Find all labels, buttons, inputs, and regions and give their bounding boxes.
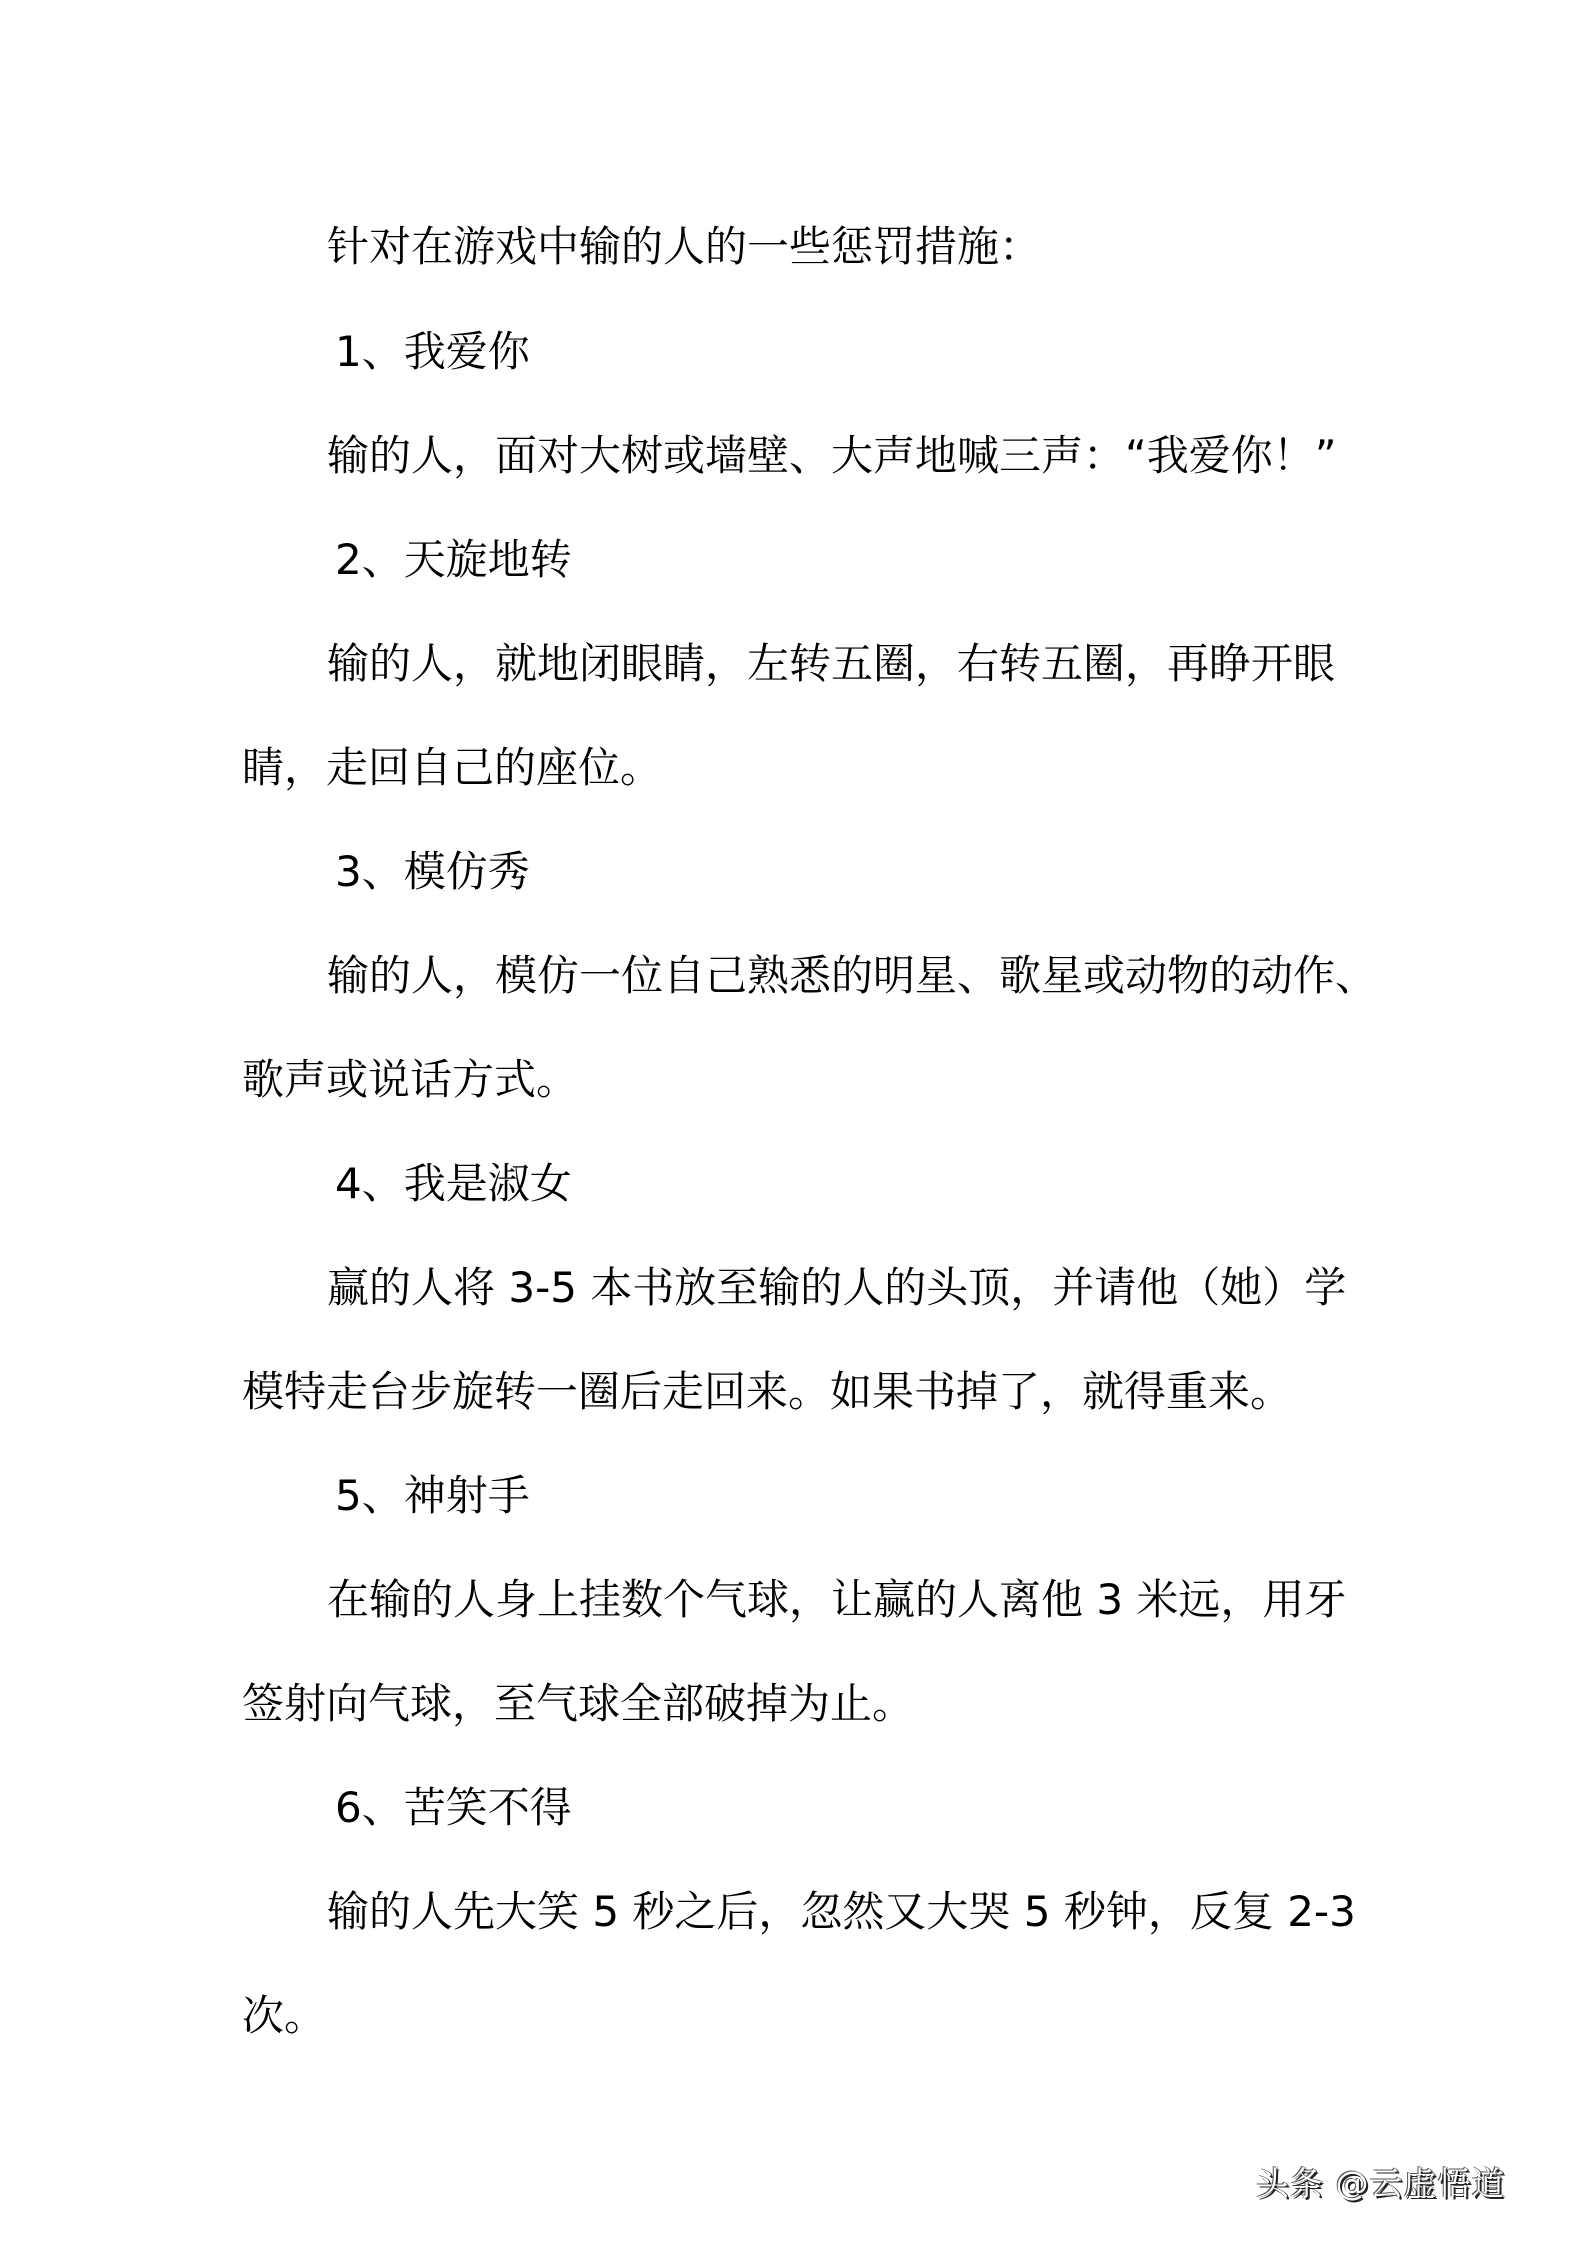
item-3-text-line-2: 歌声或说话方式。 — [242, 1050, 1362, 1110]
document-page: 针对在游戏中输的人的一些惩罚措施： 1、我爱你 输的人，面对大树或墙壁、大声地喊… — [0, 0, 1587, 2245]
item-6-text-line-2: 次。 — [242, 1986, 1362, 2046]
item-3-text-line-1: 输的人，模仿一位自己熟悉的明星、歌星或动物的动作、 — [327, 946, 1447, 1006]
item-6-heading: 6、苦笑不得 — [335, 1778, 1455, 1838]
watermark-label: 头条 @云虚悟道 — [1256, 2162, 1506, 2206]
item-2-text-line-1: 输的人，就地闭眼睛，左转五圈，右转五圈，再睁开眼 — [327, 634, 1447, 694]
item-3-heading: 3、模仿秀 — [335, 842, 1455, 902]
document-title: 针对在游戏中输的人的一些惩罚措施： — [327, 217, 1447, 277]
item-2-text-line-2: 睛，走回自己的座位。 — [242, 738, 1362, 798]
item-5-text-line-2: 签射向气球，至气球全部破掉为止。 — [242, 1674, 1362, 1734]
item-6-text-line-1: 输的人先大笑 5 秒之后，忽然又大哭 5 秒钟，反复 2-3 — [327, 1882, 1447, 1942]
item-1-text-line-1: 输的人，面对大树或墙壁、大声地喊三声：“我爱你！” — [327, 426, 1447, 486]
item-1-heading: 1、我爱你 — [335, 322, 1455, 382]
item-4-text-line-2: 模特走台步旋转一圈后走回来。如果书掉了，就得重来。 — [242, 1362, 1362, 1422]
item-4-heading: 4、我是淑女 — [335, 1154, 1455, 1214]
item-4-text-line-1: 赢的人将 3-5 本书放至输的人的头顶，并请他（她）学 — [327, 1258, 1447, 1318]
item-2-heading: 2、天旋地转 — [335, 530, 1455, 590]
item-5-text-line-1: 在输的人身上挂数个气球，让赢的人离他 3 米远，用牙 — [327, 1570, 1447, 1630]
item-5-heading: 5、神射手 — [335, 1466, 1455, 1526]
